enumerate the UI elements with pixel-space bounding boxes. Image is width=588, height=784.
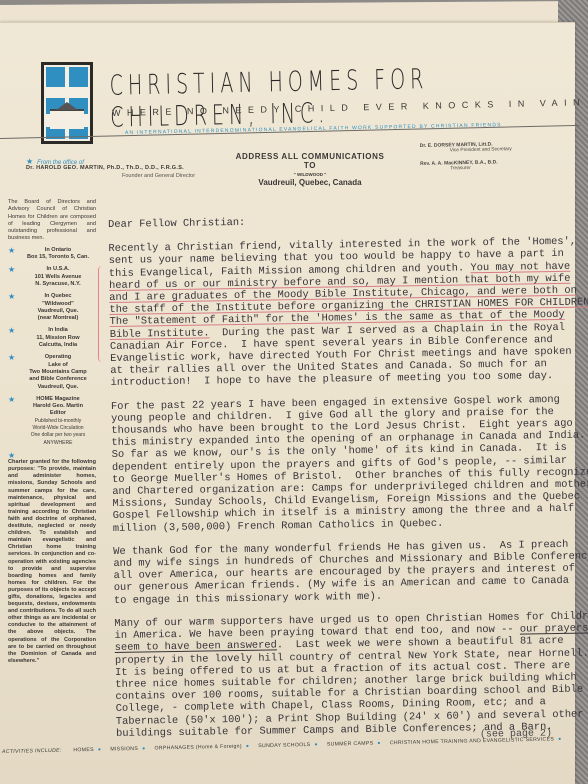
office-line: In Ontario	[20, 247, 96, 254]
magazine-note: One dollar per two years	[20, 432, 96, 439]
magazine-note: World-Wide Circulation	[20, 425, 96, 432]
magazine-editor: Harold Geo. Martin	[20, 403, 96, 410]
house-icon	[50, 109, 84, 129]
office-line: Box 15, Toronto 5, Can.	[20, 254, 96, 261]
director-title: Founder and General Director	[122, 173, 195, 179]
magazine-note: Published bi-monthly	[20, 418, 96, 425]
office-line: In U.S.A.	[20, 266, 96, 273]
office-line: "Wildwood"	[20, 301, 96, 308]
magazine-title: HOME Magazine	[20, 396, 96, 403]
star-icon: ★	[8, 396, 17, 447]
director-name: Dr. HAROLD GEO. MARTIN, Ph.D., Th.D., D.…	[26, 165, 184, 171]
address-estate: " WILDWOOD "	[230, 172, 390, 177]
office-line: In India	[20, 327, 96, 334]
charter-purposes: Charter granted for the following purpos…	[8, 459, 96, 665]
office-location: ★In Quebec"Wildwood"Vaudreuil, Que.(near…	[8, 293, 96, 322]
office-line: 101 Wells Avenue	[20, 274, 96, 281]
paragraph: We thank God for the many wonderful frie…	[113, 539, 580, 607]
office-line: Vaudreuil, Que.	[20, 308, 96, 315]
bullet-icon: ●	[246, 743, 250, 749]
officers-list: Dr. E. DORSEY MARTIN, Litt.D. Vice Presi…	[420, 140, 541, 179]
office-line: Calcutta, India	[20, 342, 96, 349]
star-icon: ★	[8, 247, 17, 262]
letter-body: Dear Fellow Christian: Recently a Christ…	[108, 212, 582, 751]
bullet-icon: ●	[377, 740, 381, 746]
activity-item: SUMMER CAMPS	[327, 741, 374, 748]
paragraph: Recently a Christian friend, vitally int…	[108, 236, 576, 390]
bullet-icon: ●	[558, 736, 562, 742]
star-icon: ★	[8, 293, 17, 322]
magazine-editor-role: Editor	[20, 410, 96, 417]
office-line: and Bible Conference	[20, 376, 96, 383]
star-icon: ★	[8, 327, 17, 349]
bullet-icon: ●	[314, 742, 318, 748]
star-icon: ★	[8, 354, 17, 390]
office-location: ★In India11, Mission RowCalcutta, India	[8, 327, 96, 349]
office-line: Two Mountains Camp	[20, 369, 96, 376]
office-line: In Quebec	[20, 293, 96, 300]
activity-item: SUNDAY SCHOOLS	[258, 742, 310, 749]
office-location: ★In U.S.A.101 Wells AvenueN. Syracuse, N…	[8, 266, 96, 288]
office-line: Lake of	[20, 362, 96, 369]
pen-margin-mark	[98, 266, 108, 362]
office-line: (near Montreal)	[20, 315, 96, 322]
magazine-info: ★ HOME Magazine Harold Geo. Martin Edito…	[8, 396, 96, 447]
magazine-note: ANYWHERE	[20, 440, 96, 447]
bullet-icon: ●	[98, 747, 102, 753]
office-line: Vaudreuil, Que.	[20, 384, 96, 391]
page-edge	[0, 22, 575, 23]
bullet-icon: ●	[142, 746, 146, 752]
activity-item: HOMES	[73, 747, 94, 753]
office-line: N. Syracuse, N.Y.	[20, 281, 96, 288]
cross-with-house-logo	[41, 62, 93, 144]
star-icon: ★	[8, 266, 17, 288]
paragraph: Many of our warm supporters have urged u…	[114, 611, 582, 740]
star-icon: ★	[8, 452, 92, 459]
office-location: ★OperatingLake ofTwo Mountains Campand B…	[8, 354, 96, 390]
activity-item: MISSIONS	[110, 746, 138, 753]
address-heading: ADDRESS ALL COMMUNICATIONS TO	[230, 152, 390, 170]
mailing-address: ADDRESS ALL COMMUNICATIONS TO " WILDWOOD…	[230, 152, 390, 187]
address-location: Vaudreuil, Quebec, Canada	[230, 178, 390, 187]
letterhead-sidebar: The Board of Directors and Advisory Coun…	[8, 199, 96, 665]
board-description: The Board of Directors and Advisory Coun…	[8, 199, 96, 243]
office-line: 11, Mission Row	[20, 335, 96, 342]
office-location: ★In OntarioBox 15, Toronto 5, Can.	[8, 247, 96, 262]
office-line: Operating	[20, 354, 96, 361]
paragraph: For the past 22 years I have been engage…	[111, 393, 579, 535]
